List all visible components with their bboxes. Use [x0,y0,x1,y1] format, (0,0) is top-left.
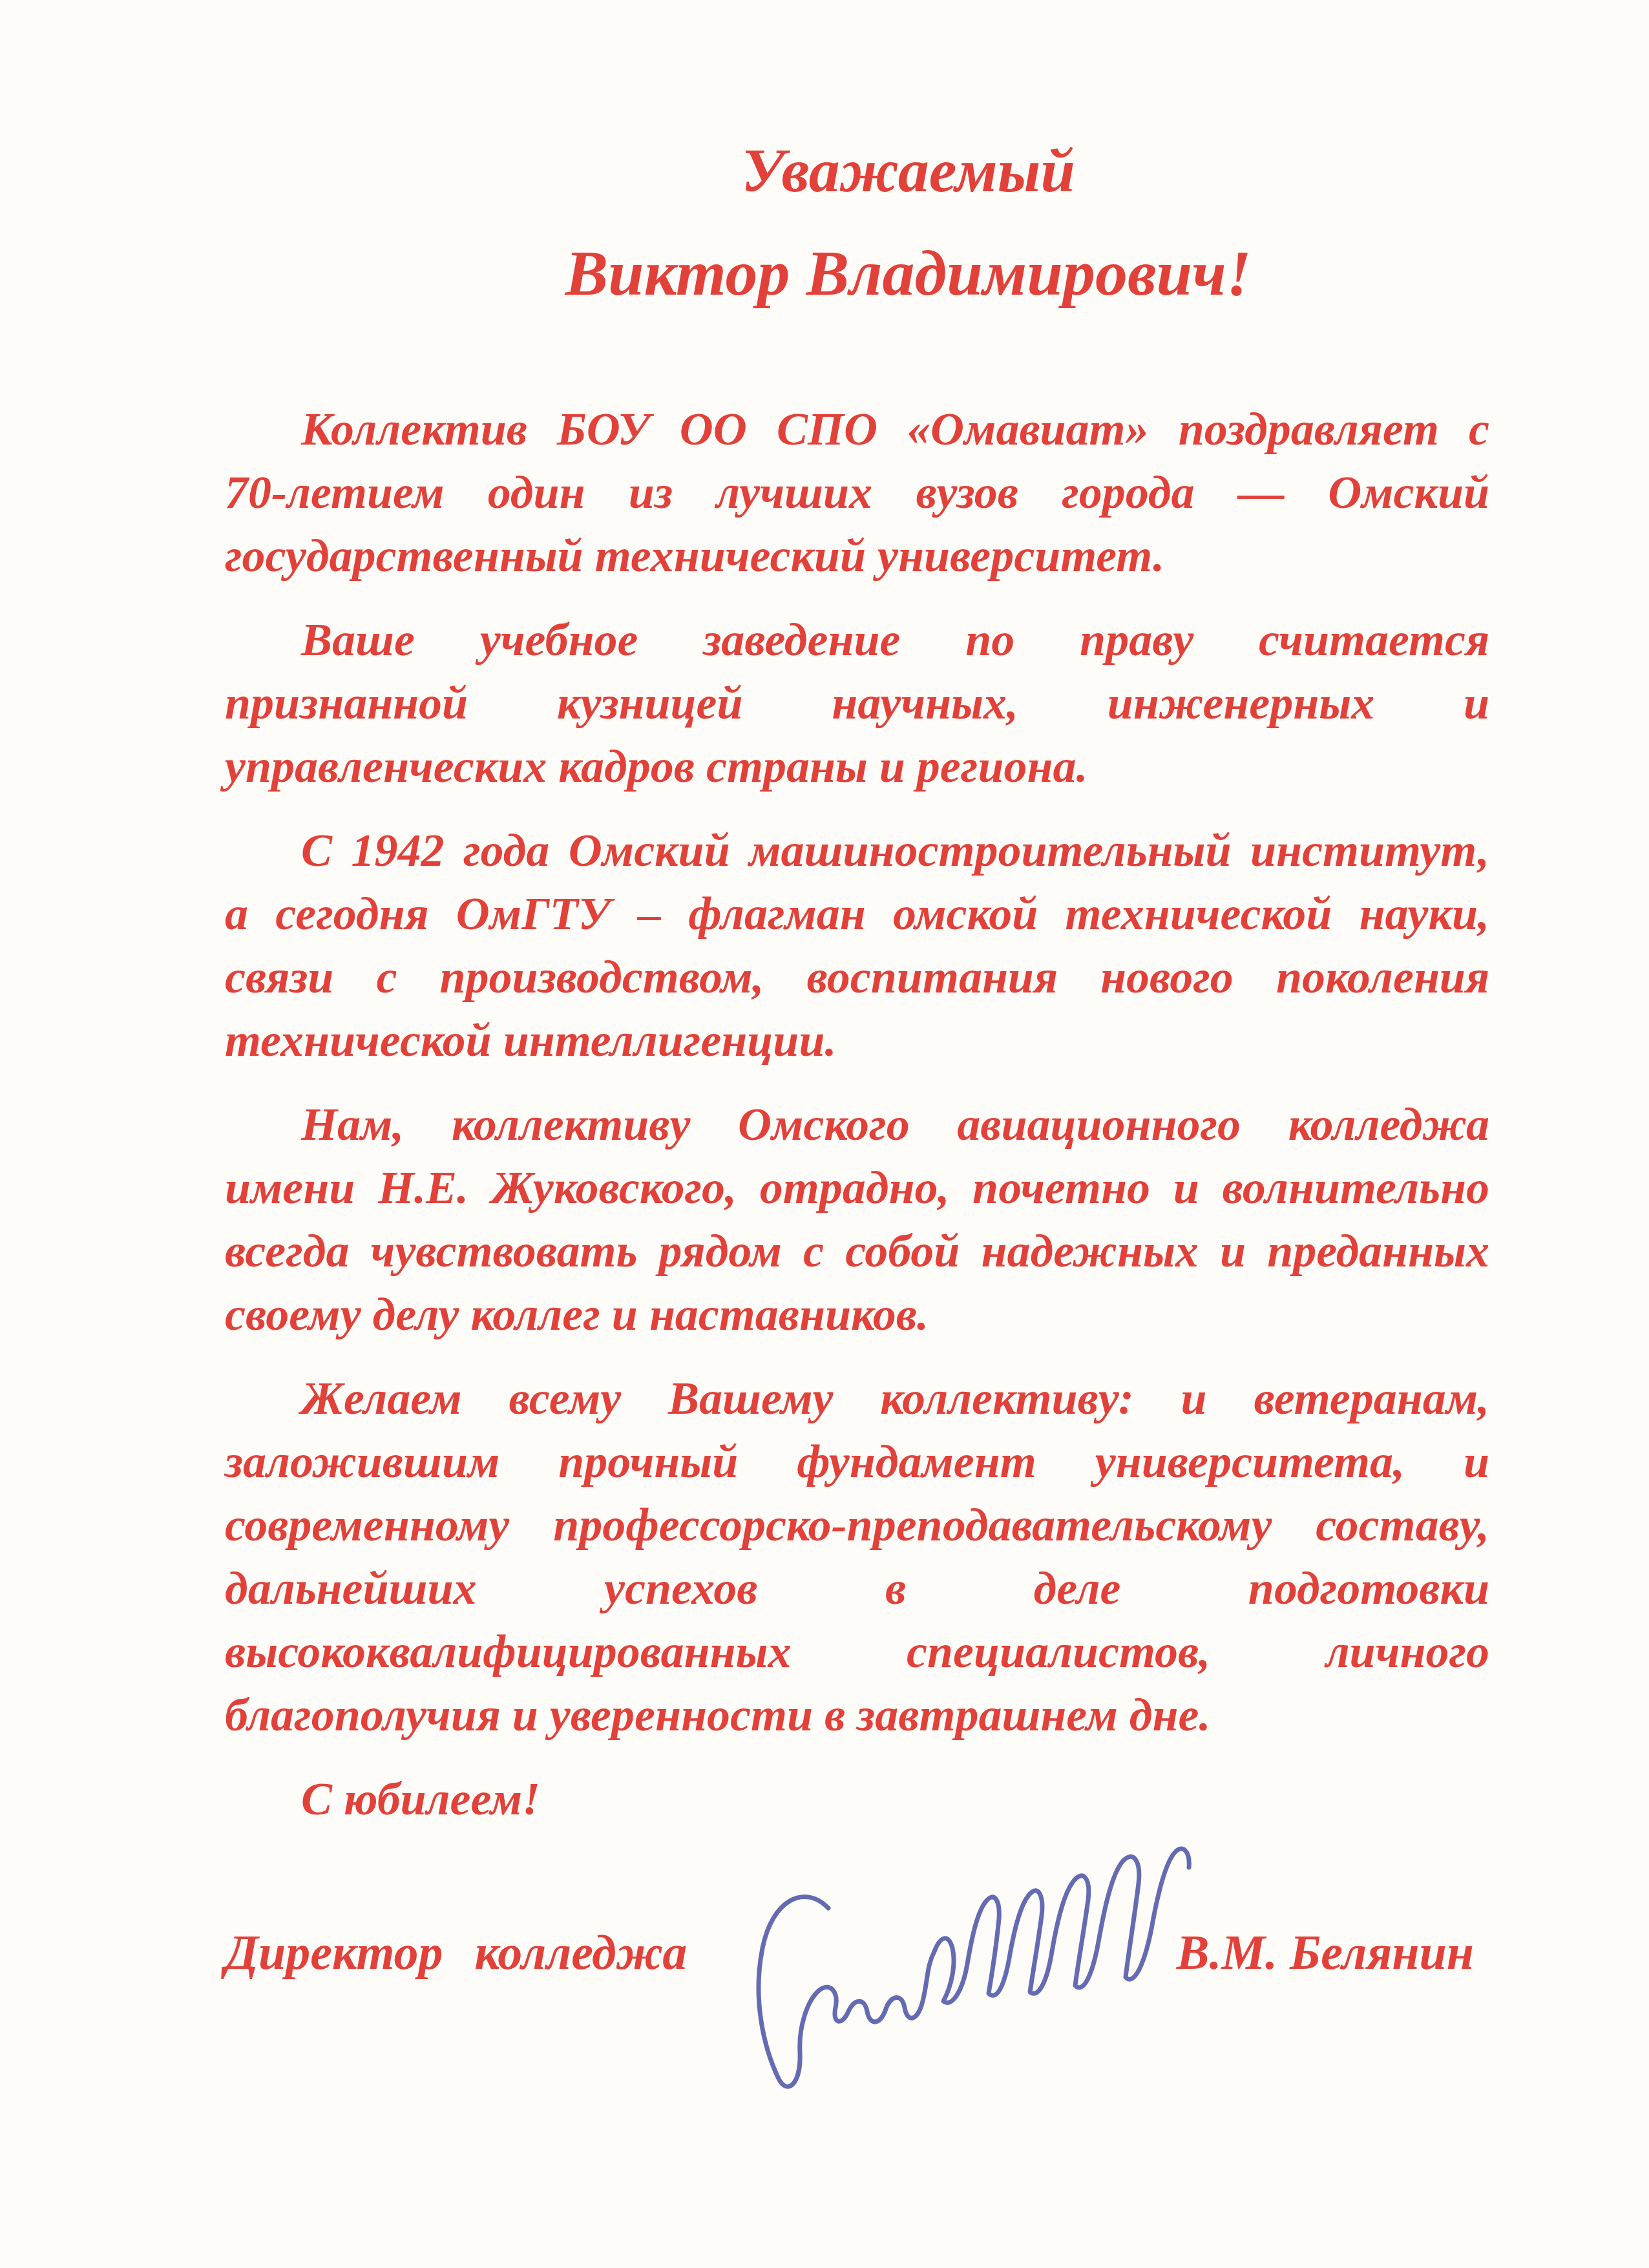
addressee-name-line: Виктор Владимирович! [276,235,1540,311]
paragraph-line: имени Н.Е. Жуковского, отрадно, почетно … [225,1156,1489,1219]
signer-role: Директор колледжа [225,1921,687,1984]
paragraph-line: Нам, коллективу Омского авиационного кол… [225,1093,1489,1156]
paragraph-line: всегда чувствовать рядом с собой надежны… [225,1219,1489,1283]
paragraph-line: своему делу коллег и наставников. [225,1283,1489,1346]
paragraph-4: Нам, коллективу Омского авиационного кол… [225,1093,1489,1346]
paragraph-line: Коллектив БОУ ОО СПО «Омавиат» поздравля… [225,397,1489,461]
paragraph-line: управленческих кадров страны и региона. [225,735,1489,798]
paragraph-line: связи с производством, воспитания нового… [225,945,1489,1009]
paragraph-3: С 1942 года Омский машиностроительный ин… [225,819,1489,1072]
paragraph-line: заложившим прочный фундамент университет… [225,1430,1489,1493]
letter-body: Коллектив БОУ ОО СПО «Омавиат» поздравля… [225,397,1489,1984]
paragraph-line: государственный технический университет. [225,524,1489,587]
paragraph-line: признанной кузницей научных, инженерных … [225,671,1489,735]
paragraph-line: современному профессорско-преподавательс… [225,1493,1489,1557]
paragraph-line: высококвалифицированных специалистов, ли… [225,1620,1489,1683]
paragraph-2: Ваше учебное заведение по праву считаетс… [225,608,1489,798]
paragraph-1: Коллектив БОУ ОО СПО «Омавиат» поздравля… [225,397,1489,587]
paragraph-line: 70-летием один из лучших вузов города — … [225,461,1489,524]
paragraph-line: С 1942 года Омский машиностроительный ин… [225,819,1489,882]
paragraph-line: Ваше учебное заведение по праву считаетс… [225,608,1489,671]
paragraph-line: а сегодня ОмГТУ – флагман омской техниче… [225,882,1489,945]
signer-name: В.М. Белянин [1177,1921,1474,1984]
paragraph-line: благополучия и уверенности в завтрашнем … [225,1683,1489,1747]
text-column: Уважаемый Виктор Владимирович! Коллектив… [225,0,1489,1984]
paragraph-line: Желаем всему Вашему коллективу: и ветера… [225,1367,1489,1430]
paragraph-line: дальнейших успехов в деле подготовки [225,1557,1489,1620]
letter-header: Уважаемый Виктор Владимирович! [225,132,1489,311]
paragraph-5: Желаем всему Вашему коллективу: и ветера… [225,1367,1489,1747]
salutation-line: Уважаемый [276,132,1540,208]
closing-greeting: С юбилеем! [225,1767,1489,1831]
letter-page: Уважаемый Виктор Владимирович! Коллектив… [0,0,1649,2268]
signature-row: Директор колледжа В.М. Белянин [225,1921,1489,1984]
paragraph-line: технической интеллигенции. [225,1009,1489,1072]
